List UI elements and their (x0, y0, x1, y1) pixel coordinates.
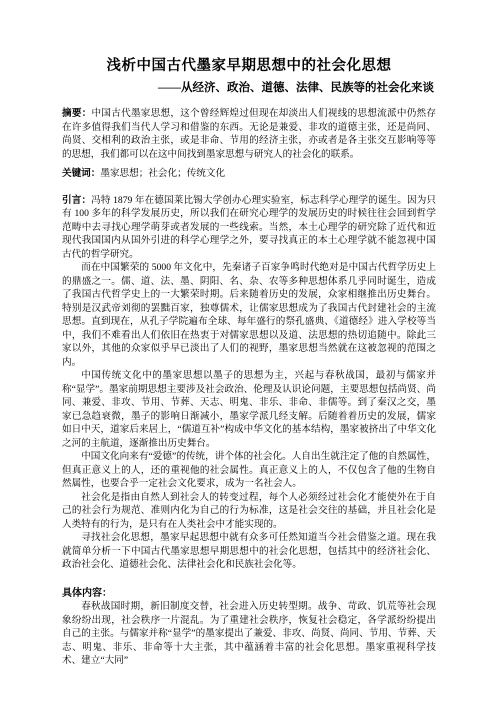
keywords-label: 关键词： (62, 168, 100, 179)
body-paragraph: 寻找社会化思想，墨家早起思想中就有众多可任然知道当今社会借鉴之道。现在我就简单分… (62, 531, 436, 572)
body-paragraph: 而在中国繁荣的 5000 年文化中，先秦诸子百家争鸣时代绝对是中国古代哲学历史上… (62, 261, 436, 369)
keywords-text: 墨家思想；社会化；传统文化 (100, 168, 225, 179)
abstract-label: 摘要： (62, 108, 92, 119)
section-heading: 具体内容： (62, 587, 436, 601)
document-page: 浅析中国古代墨家早期思想中的社会化思想 ——从经济、政治、道德、法律、民族等的社… (0, 0, 496, 702)
body-paragraph: 社会化是指由自然人到社会人的转变过程，每个人必须经过社会化才能使外在于自己的社会… (62, 491, 436, 532)
keywords-line: 关键词：墨家思想；社会化；传统文化 (62, 167, 436, 181)
introduction-paragraph: 引言：冯特 1879 年在德国莱比锡大学创办心理实验室，标志科学心理学的诞生。因… (62, 194, 436, 262)
page-title: 浅析中国古代墨家早期思想中的社会化思想 (62, 56, 436, 76)
introduction-label: 引言： (62, 195, 91, 206)
abstract-text: 中国古代墨家思想，这个曾经辉煌过但现在却淡出人们视线的思想流派中仍然存在许多值得… (62, 108, 436, 160)
section-paragraph: 春秋战国时期，新旧制度交替，社会进入历史转型期。战争、苛政、饥荒等社会现象纷纷出… (62, 600, 436, 668)
abstract-paragraph: 摘要：中国古代墨家思想，这个曾经辉煌过但现在却淡出人们视线的思想流派中仍然存在许… (62, 107, 436, 161)
body-paragraph: 中国传统文化中的墨家思想以墨子的思想为主，兴起与春秋战国，最初与儒家并称“显学”… (62, 369, 436, 450)
introduction-text: 冯特 1879 年在德国莱比锡大学创办心理实验室，标志科学心理学的诞生。因为只有… (62, 195, 436, 260)
page-subtitle: ——从经济、政治、道德、法律、民族等的社会化来谈 (62, 80, 434, 96)
body-paragraph: 中国文化向来有“爱德”的传统，讲个体的社会化。人自出生就注定了他的自然属性，但真… (62, 450, 436, 491)
